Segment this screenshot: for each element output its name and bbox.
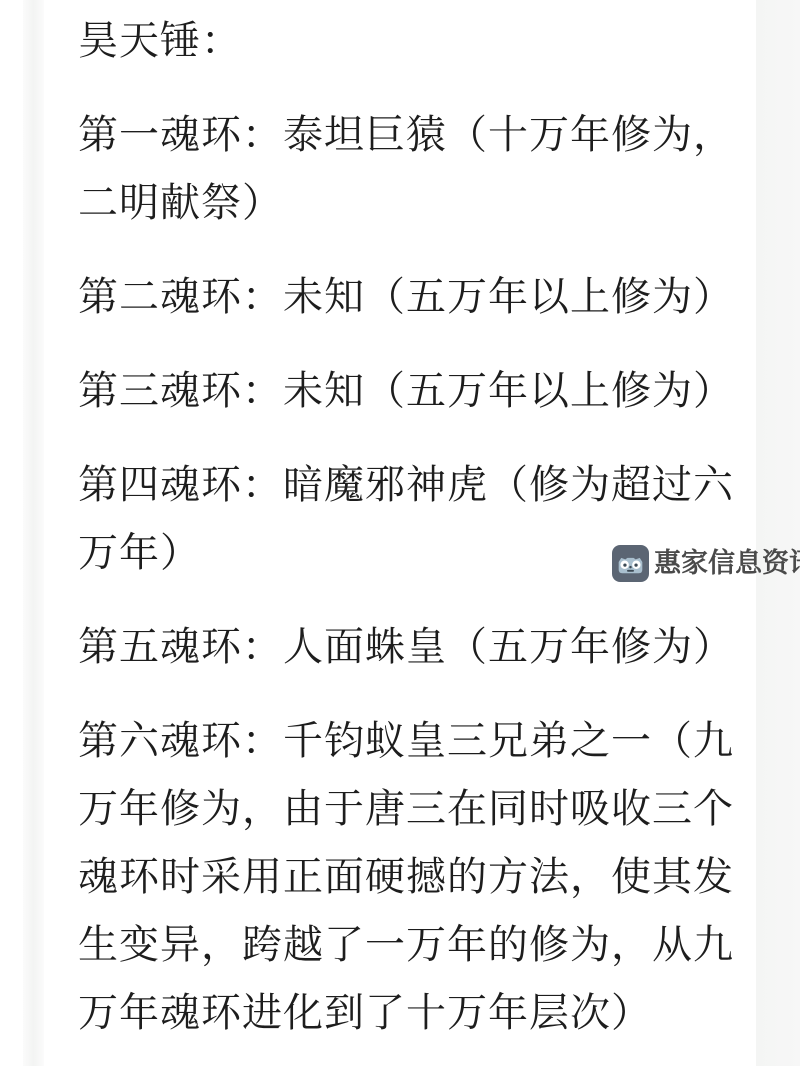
publisher-watermark: 惠家信息资讯 [612, 545, 800, 582]
paragraph-soul-ring-2: 第二魂环：未知（五万年以上修为） [78, 263, 758, 331]
watermark-label: 惠家信息资讯 [654, 545, 800, 582]
text-line: 第四魂环：暗魔邪神虎（修为超过六 [78, 451, 758, 519]
text-line: 魂环时采用正面硬撼的方法，使其发 [78, 843, 758, 911]
text-line: 万年修为，由于唐三在同时吸收三个 [78, 775, 758, 843]
article-title-block: 昊天锤： [78, 7, 758, 75]
paragraph-soul-ring-5: 第五魂环：人面蛛皇（五万年修为） [78, 613, 758, 681]
text-line: 万年魂环进化到了十万年层次） [78, 979, 758, 1047]
text-line: 第二魂环：未知（五万年以上修为） [78, 263, 758, 331]
paragraph-soul-ring-6: 第六魂环：千钧蚁皇三兄弟之一（九 万年修为，由于唐三在同时吸收三个 魂环时采用正… [78, 707, 758, 1047]
text-line: 第三魂环：未知（五万年以上修为） [78, 357, 758, 425]
text-line: 第五魂环：人面蛛皇（五万年修为） [78, 613, 758, 681]
paragraph-soul-ring-3: 第三魂环：未知（五万年以上修为） [78, 357, 758, 425]
left-edge-shading [23, 0, 44, 1066]
robot-face-app-icon [612, 545, 649, 582]
right-edge-shading [756, 0, 800, 1066]
text-line: 二明献祭） [78, 169, 758, 237]
text-line: 第六魂环：千钧蚁皇三兄弟之一（九 [78, 707, 758, 775]
article-body: 昊天锤： 第一魂环：泰坦巨猿（十万年修为， 二明献祭） 第二魂环：未知（五万年以… [78, 7, 758, 1066]
text-line: 第一魂环：泰坦巨猿（十万年修为， [78, 101, 758, 169]
article-title: 昊天锤： [78, 7, 758, 75]
text-line: 生变异，跨越了一万年的修为，从九 [78, 911, 758, 979]
paragraph-soul-ring-1: 第一魂环：泰坦巨猿（十万年修为， 二明献祭） [78, 101, 758, 237]
